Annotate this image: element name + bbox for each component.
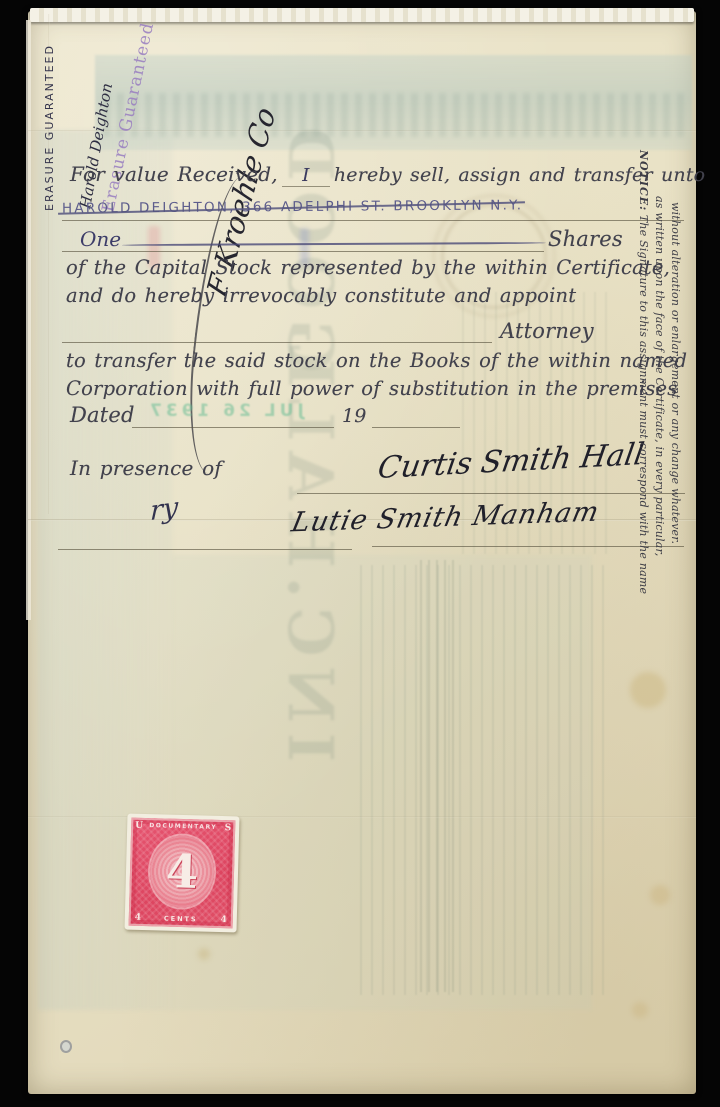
- year-rule: [372, 427, 460, 428]
- ghost-text-column-dense: [420, 560, 454, 992]
- age-spot: [650, 885, 670, 905]
- shares-count-handwriting: One: [80, 227, 121, 251]
- notice-line-1: NOTICE: The Signature to this assignment…: [637, 150, 650, 594]
- stamp-denomination: 4: [165, 844, 198, 899]
- scanned-document-page: GOOD HALL INC. ERASURE GUARANTEED Harold…: [0, 0, 720, 1107]
- ghost-border-band: [95, 55, 692, 150]
- ghost-text-column-large: [360, 565, 608, 995]
- age-spot: [198, 948, 210, 960]
- notice-line-3: without alteration or enlargement or any…: [669, 202, 682, 544]
- attorney-label: Attorney: [500, 319, 594, 343]
- witness-label: In presence of: [70, 456, 222, 480]
- handwritten-I: I: [282, 165, 330, 187]
- notice-line-2: as written upon the face of the Certific…: [653, 196, 666, 556]
- ghost-date-stamp: JUL 26 1937: [146, 401, 304, 421]
- paper-left-edge: [26, 20, 31, 620]
- form-line-3: and do hereby irrevocably constitute and…: [66, 284, 576, 307]
- stamp-bottom-band: 4 CENTS 4: [135, 913, 227, 925]
- attorney-rule: [62, 342, 492, 343]
- stamp-cents-text: CENTS: [164, 915, 198, 924]
- witness-mark: ry: [150, 492, 179, 527]
- form-line-5: Corporation with full power of substitut…: [66, 377, 677, 400]
- printed-rule: [62, 220, 684, 221]
- stamp-arc-text: DOCUMENTARY: [131, 822, 235, 832]
- signature-rule-1: [297, 493, 685, 494]
- erasure-guaranteed-handwriting: ERASURE GUARANTEED: [43, 44, 56, 211]
- witness-rule: [58, 549, 352, 550]
- form-line-1: For value Received, I hereby sell, assig…: [70, 162, 614, 187]
- dated-label: Dated: [70, 403, 135, 427]
- recipient-handwriting-struck: HAROLD DEIGHTON, 366 ADELPHI ST. BROOKLY…: [62, 197, 523, 216]
- revenue-stamp: U S DOCUMENTARY 4 4 CENTS 4: [125, 814, 240, 933]
- age-spot: [632, 1002, 648, 1018]
- date-rule: [132, 427, 334, 428]
- for-value-received-text: For value Received,: [70, 162, 278, 186]
- form-line-4: to transfer the said stock on the Books …: [66, 349, 687, 372]
- notice-label: NOTICE:: [637, 150, 650, 211]
- year-prefix: 19: [342, 405, 367, 427]
- paper-blemish: [60, 1040, 72, 1053]
- revenue-stamp-body: U S DOCUMENTARY 4 4 CENTS 4: [129, 818, 236, 929]
- shares-label: Shares: [548, 227, 623, 251]
- ghost-company-word-3: INC.: [274, 566, 347, 762]
- deckled-top-edge: [30, 8, 694, 22]
- notice-text-1: The Signature to this assignment must co…: [637, 215, 650, 594]
- stamp-bottom-left-numeral: 4: [135, 913, 142, 923]
- stamp-center-oval: 4: [149, 835, 215, 909]
- stamp-bottom-right-numeral: 4: [220, 915, 227, 925]
- age-spot: [630, 672, 666, 708]
- form-line-2: of the Capital Stock represented by the …: [66, 256, 670, 279]
- printed-rule: [62, 251, 544, 252]
